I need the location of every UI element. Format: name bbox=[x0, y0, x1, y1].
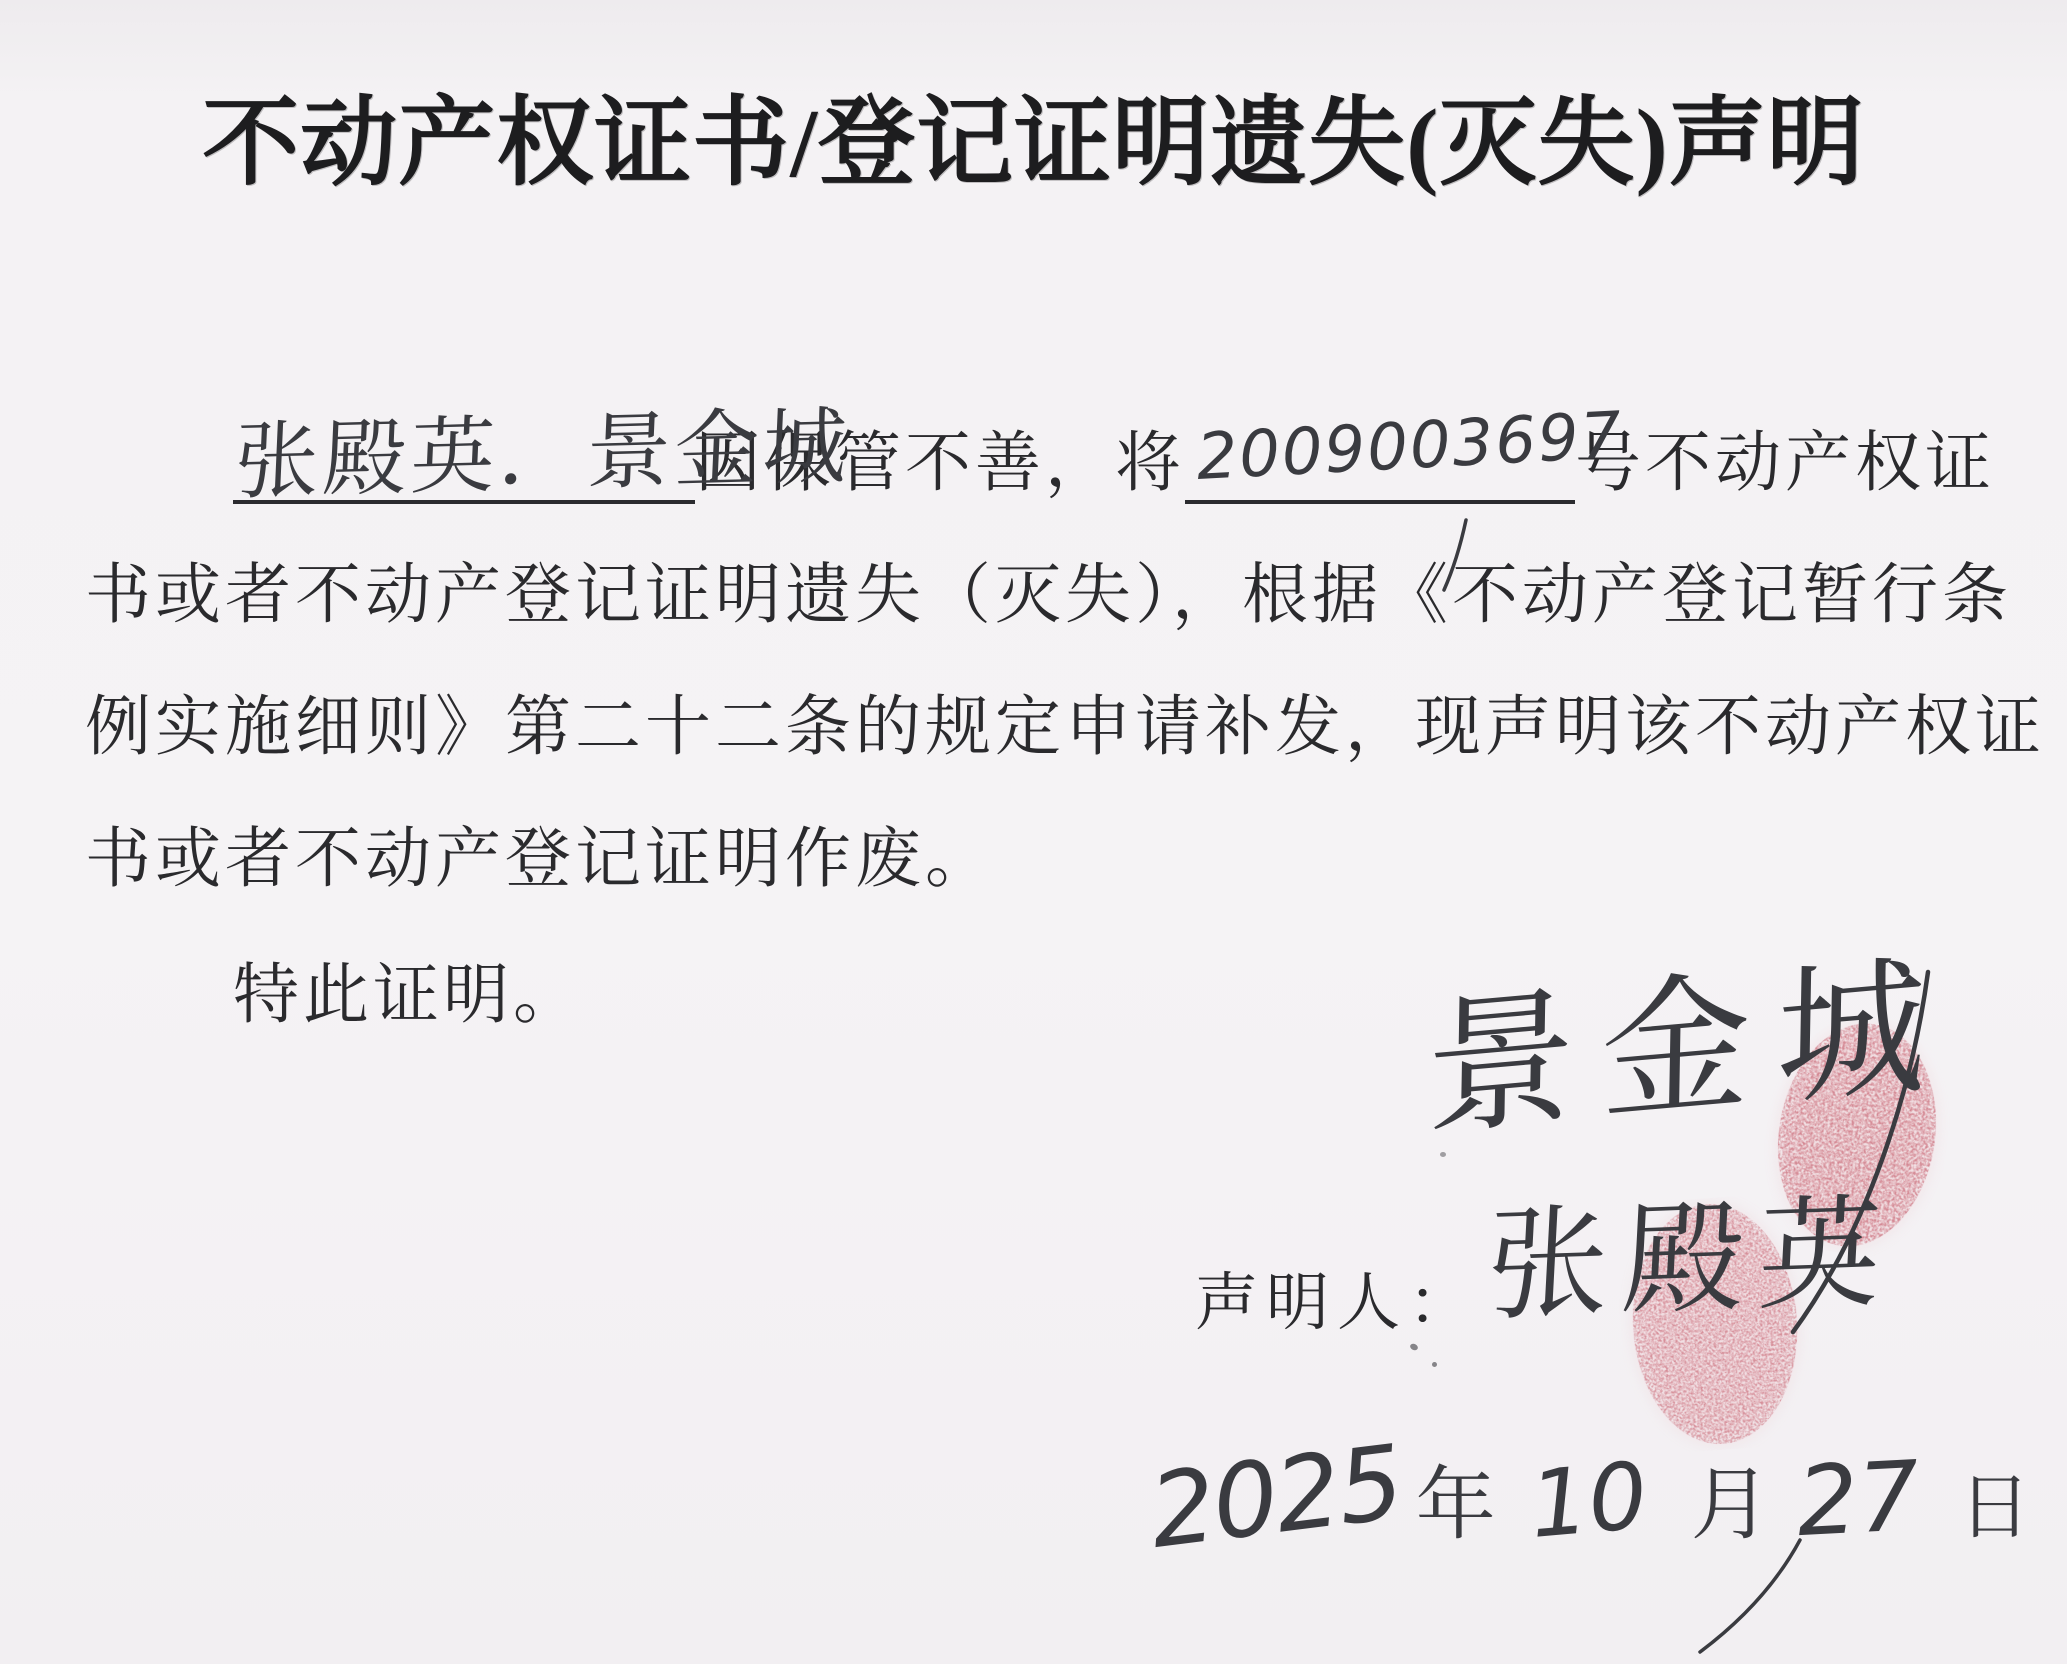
declarant-label: 声明人： bbox=[1195, 1252, 1479, 1343]
body-line-4: 书或者不动产登记证明作废。 bbox=[85, 820, 995, 900]
certificate-number-handwriting: 2009003697 bbox=[1194, 396, 1625, 498]
signature-jing-jincheng: 景金城 bbox=[1424, 902, 1954, 1165]
declarant-names-handwriting: 张殿英．景金城 bbox=[233, 406, 852, 502]
body-line-1: 张殿英．景金城因保管不善，将2009003697号不动产权证 bbox=[85, 420, 1995, 504]
scan-speck bbox=[1409, 1343, 1419, 1352]
document-title: 不动产权证书/登记证明遗失(灭失)声明 bbox=[0, 64, 2067, 204]
scan-speck bbox=[1440, 1152, 1446, 1157]
declarant-names-blank: 张殿英．景金城 bbox=[233, 420, 695, 504]
body-line-3: 例实施细则》第二十二条的规定申请补发，现声明该不动产权证 bbox=[85, 688, 2045, 768]
date-line: 2025 年 10 月 27 日 bbox=[1150, 1438, 2031, 1557]
date-month-unit: 月 bbox=[1691, 1440, 1771, 1555]
closing-line: 特此证明。 bbox=[85, 956, 583, 1036]
date-year-unit: 年 bbox=[1416, 1440, 1496, 1555]
body-text-after-number: 号不动产权证 bbox=[1575, 427, 1995, 500]
scanned-declaration-document: 不动产权证书/登记证明遗失(灭失)声明 张殿英．景金城因保管不善，将200900… bbox=[0, 0, 2067, 1664]
certificate-number-blank: 2009003697 bbox=[1185, 424, 1575, 504]
signature-zhang-dianying: 张殿英 bbox=[1483, 1154, 1900, 1344]
date-month: 10 bbox=[1525, 1442, 1651, 1559]
body-line-2: 书或者不动产登记证明遗失（灭失），根据《不动产登记暂行条 bbox=[85, 556, 2012, 636]
scan-speck bbox=[1432, 1362, 1437, 1367]
date-day: 27 bbox=[1794, 1440, 1922, 1558]
date-year: 2025 bbox=[1144, 1423, 1408, 1572]
date-day-unit: 日 bbox=[1959, 1449, 2031, 1553]
